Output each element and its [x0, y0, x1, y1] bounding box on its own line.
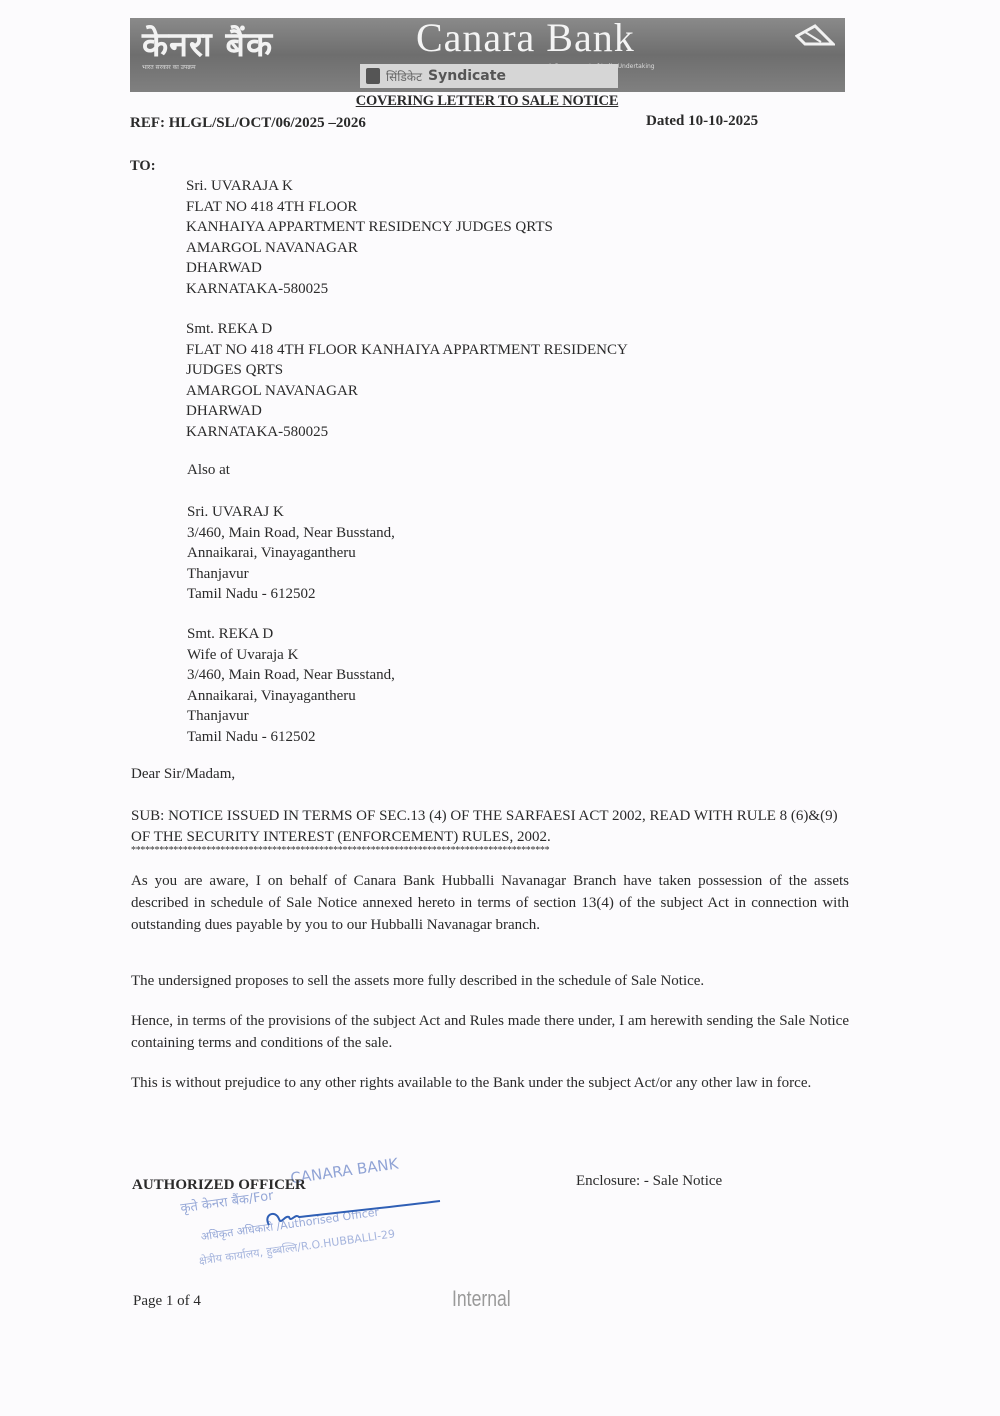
letter-page: केनरा बैंक भारत सरकार का उपक्रम Canara B… [0, 0, 1000, 1416]
subject-line: SUB: NOTICE ISSUED IN TERMS OF SEC.13 (4… [131, 806, 851, 848]
also-at-label: Also at [187, 462, 230, 479]
enclosure-note: Enclosure: - Sale Notice [576, 1173, 722, 1190]
letter-date: Dated 10-10-2025 [646, 113, 758, 130]
syndicate-english: Syndicate [428, 68, 506, 84]
bank-name-english: Canara Bank [416, 14, 635, 61]
canara-triangle-logo-icon [795, 24, 835, 46]
body-paragraph-2: The undersigned proposes to sell the ass… [131, 970, 849, 992]
reference-number: REF: HLGL/SL/OCT/06/2025 –2026 [130, 115, 366, 132]
bank-name-hindi: केनरा बैंक [142, 20, 273, 66]
tagline-hindi: भारत सरकार का उपक्रम [142, 63, 196, 71]
syndicate-hindi: सिंडिकेट [386, 68, 422, 85]
page-number: Page 1 of 4 [133, 1293, 201, 1310]
signature-mark [255, 1175, 455, 1235]
addressee-1: Sri. UVARAJA K FLAT NO 418 4TH FLOOR KAN… [186, 176, 553, 299]
to-label: TO: [130, 158, 156, 175]
separator-line: ****************************************… [131, 845, 743, 856]
syndicate-logo-icon [366, 68, 380, 84]
syndicate-badge: सिंडिकेट Syndicate [360, 64, 618, 88]
alternate-addressee-2: Smt. REKA D Wife of Uvaraja K 3/460, Mai… [187, 624, 395, 747]
salutation: Dear Sir/Madam, [131, 766, 235, 783]
classification-label: Internal [452, 1286, 511, 1312]
alternate-addressee-1: Sri. UVARAJ K 3/460, Main Road, Near Bus… [187, 502, 395, 605]
body-paragraph-1: As you are aware, I on behalf of Canara … [131, 870, 849, 936]
document-title: COVERING LETTER TO SALE NOTICE [0, 93, 1000, 110]
body-paragraph-4: This is without prejudice to any other r… [131, 1072, 849, 1094]
letterhead-banner: केनरा बैंक भारत सरकार का उपक्रम Canara B… [130, 18, 845, 92]
body-paragraph-3: Hence, in terms of the provisions of the… [131, 1010, 849, 1054]
addressee-2: Smt. REKA D FLAT NO 418 4TH FLOOR KANHAI… [186, 319, 628, 442]
